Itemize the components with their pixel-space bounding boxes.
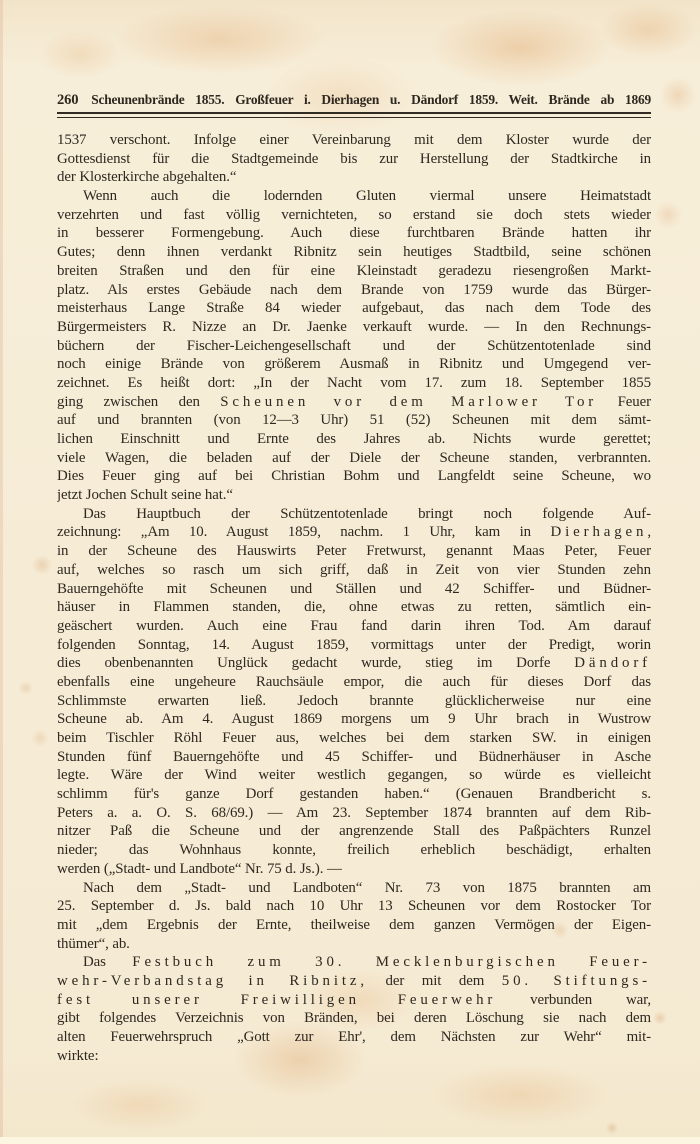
text-line: Gutes; denn ihnen verdankt Ribnitz sein … — [57, 243, 651, 262]
letterspaced-text: Festbuch zum 30. Mecklenburgischen Feuer… — [132, 954, 651, 970]
running-header-title: Scheunenbrände 1855. Großfeuer i. Dierha… — [91, 92, 651, 108]
text-line: breiten Straßen und den für eine Kleinst… — [57, 262, 651, 281]
page-body: 1537 verschont. Infolge einer Vereinbaru… — [57, 131, 651, 1065]
text-line: jetzt Jochen Schult seine hat.“ — [57, 486, 651, 505]
paragraph: Nach dem „Stadt- und Landboten“ Nr. 73 v… — [57, 879, 651, 954]
text-segment: Stunden fünf Bauerngehöfte und 45 Schiff… — [57, 749, 651, 765]
text-segment: der Klosterkirche abgehalten.“ — [57, 169, 236, 185]
text-segment: in besserer Formengebung. Auch diese fur… — [57, 225, 651, 241]
page-content: 260 Scheunenbrände 1855. Großfeuer i. Di… — [57, 92, 651, 1065]
text-line: mit „dem Ergebnis der Ernte, theilweise … — [57, 916, 651, 935]
text-segment: Scheune ab. Am 4. August 1869 morgens um… — [57, 711, 651, 727]
text-line: häuser in Flammen standen, die, ohne etw… — [57, 598, 651, 617]
text-line: meisterhaus Lange Straße 84 wieder aufge… — [57, 299, 651, 318]
text-segment: Bauerngehöfte mit Scheunen und Ställen u… — [57, 581, 651, 597]
text-segment: auf und brannten (von 12—3 Uhr) 51 (52) … — [57, 412, 651, 428]
header-double-rule — [57, 112, 651, 118]
text-segment: Gutes; denn ihnen verdankt Ribnitz sein … — [57, 244, 651, 260]
text-line: auf und brannten (von 12—3 Uhr) 51 (52) … — [57, 411, 651, 430]
text-segment: breiten Straßen und den für eine Kleinst… — [57, 263, 651, 279]
text-segment: gibt folgendes Verzeichnis von Bränden, … — [57, 1010, 651, 1026]
text-segment: Schlimmste erwarten ließ. Jedoch brannte… — [57, 693, 651, 709]
text-segment: der mit dem — [368, 973, 502, 989]
text-segment: büchern der Fischer-Leichengesellschaft … — [57, 338, 651, 354]
text-segment: nitzer Paß die Scheune und der angrenzen… — [57, 823, 651, 839]
text-segment: noch einige Brände von größerem Ausmaß i… — [57, 356, 651, 372]
text-line: nieder; das Wohnhaus konnte, freilich er… — [57, 841, 651, 860]
text-segment: Das — [83, 954, 132, 970]
text-segment: schlimm für's ganze Dorf gestanden haben… — [57, 786, 651, 802]
text-segment: geäschert wurden. Auch eine Frau fand da… — [57, 618, 651, 634]
text-segment: Bürgermeisters R. Nizze an Dr. Jaenke ve… — [57, 319, 651, 335]
text-line: Schlimmste erwarten ließ. Jedoch brannte… — [57, 692, 651, 711]
text-segment: thümer“, ab. — [57, 936, 130, 952]
text-line: auf, welches so rasch um sich griff, daß… — [57, 561, 651, 580]
text-segment: Feuer — [597, 394, 651, 410]
text-segment: lichen Einschnitt und Ernte des Jahres a… — [57, 431, 651, 447]
text-segment: Peters a. a. O. S. 68/69.) — Am 23. Sept… — [57, 805, 651, 821]
letterspaced-text: Scheunen vor dem Marlower Tor — [220, 394, 597, 410]
text-line: Gottesdienst für die Stadtgemeinde bis z… — [57, 150, 651, 169]
text-segment: häuser in Flammen standen, die, ohne etw… — [57, 599, 651, 615]
text-line: 25. September d. Js. bald nach 10 Uhr 13… — [57, 897, 651, 916]
text-line: thümer“, ab. — [57, 935, 651, 954]
text-segment: 25. September d. Js. bald nach 10 Uhr 13… — [57, 898, 651, 914]
running-header: 260 Scheunenbrände 1855. Großfeuer i. Di… — [57, 92, 651, 109]
text-line: geäschert wurden. Auch eine Frau fand da… — [57, 617, 651, 636]
letterspaced-text: Dändorf — [574, 655, 651, 671]
text-line: lichen Einschnitt und Ernte des Jahres a… — [57, 430, 651, 449]
text-line: alten Feuerwehrspruch „Gott zur Ehr', de… — [57, 1028, 651, 1047]
text-line: verzehrten und fast völlig vernichteten,… — [57, 206, 651, 225]
paragraph: 1537 verschont. Infolge einer Vereinbaru… — [57, 131, 651, 187]
text-line: Bürgermeisters R. Nizze an Dr. Jaenke ve… — [57, 318, 651, 337]
text-segment: legte. Wäre der Wind weiter westlich geg… — [57, 767, 651, 783]
letterspaced-text: wehr-Verbandstag in Ribnitz, — [57, 973, 368, 989]
text-segment: in der Scheune des Hauswirts Peter Fretw… — [57, 543, 651, 559]
text-segment: folgenden Sonntag, 14. August 1859, vorm… — [57, 637, 651, 653]
text-segment: platz. Als erstes Gebäude nach dem Brand… — [57, 282, 651, 298]
text-segment: werden („Stadt- und Landbote“ Nr. 75 d. … — [57, 861, 342, 877]
text-line: ging zwischen den Scheunen vor dem Marlo… — [57, 393, 651, 412]
text-segment: Gottesdienst für die Stadtgemeinde bis z… — [57, 151, 651, 167]
text-line: fest unserer Freiwilligen Feuerwehr verb… — [57, 991, 651, 1010]
letterspaced-text: Dierhagen — [550, 524, 647, 540]
text-segment: wirkte: — [57, 1048, 98, 1064]
text-line: büchern der Fischer-Leichengesellschaft … — [57, 337, 651, 356]
letterspaced-text: 50. Stiftungs- — [502, 973, 651, 989]
text-segment: , — [647, 524, 651, 540]
text-line: Stunden fünf Bauerngehöfte und 45 Schiff… — [57, 748, 651, 767]
text-segment: 1537 verschont. Infolge einer Vereinbaru… — [57, 132, 651, 148]
text-line: der Klosterkirche abgehalten.“ — [57, 168, 651, 187]
text-line: Peters a. a. O. S. 68/69.) — Am 23. Sept… — [57, 804, 651, 823]
text-line: legte. Wäre der Wind weiter westlich geg… — [57, 766, 651, 785]
text-line: Scheune ab. Am 4. August 1869 morgens um… — [57, 710, 651, 729]
text-line: ebenfalls eine ungeheure Rauchsäule empo… — [57, 673, 651, 692]
text-line: Dies Feuer ging auf bei Christian Bohm u… — [57, 467, 651, 486]
text-line: werden („Stadt- und Landbote“ Nr. 75 d. … — [57, 860, 651, 879]
text-line: Das Hauptbuch der Schützentotenlade brin… — [57, 505, 651, 524]
text-segment: Nach dem „Stadt- und Landboten“ Nr. 73 v… — [83, 880, 651, 896]
text-segment: jetzt Jochen Schult seine hat.“ — [57, 487, 233, 503]
text-segment: nieder; das Wohnhaus konnte, freilich er… — [57, 842, 651, 858]
text-segment: ging zwischen den — [57, 394, 220, 410]
text-segment: viele Wagen, die beladen auf der Diele d… — [57, 450, 651, 466]
text-segment: zeichnung: „Am 10. August 1859, nachm. 1… — [57, 524, 550, 540]
text-segment: dies obenbenannten Unglück gedacht wurde… — [57, 655, 574, 671]
letterspaced-text: fest unserer Freiwilligen Feuerwehr — [57, 992, 496, 1008]
text-segment: Dies Feuer ging auf bei Christian Bohm u… — [57, 468, 651, 484]
text-segment: mit „dem Ergebnis der Ernte, theilweise … — [57, 917, 651, 933]
text-line: zeichnet. Es heißt dort: „In der Nacht v… — [57, 374, 651, 393]
page-left-edge — [0, 0, 3, 1144]
page-bottom-edge — [0, 1137, 700, 1144]
text-line: Bauerngehöfte mit Scheunen und Ställen u… — [57, 580, 651, 599]
text-segment: Wenn auch die lodernden Gluten viermal u… — [83, 188, 651, 204]
text-line: folgenden Sonntag, 14. August 1859, vorm… — [57, 636, 651, 655]
text-line: Nach dem „Stadt- und Landboten“ Nr. 73 v… — [57, 879, 651, 898]
text-line: gibt folgendes Verzeichnis von Bränden, … — [57, 1009, 651, 1028]
text-segment: Das Hauptbuch der Schützentotenlade brin… — [83, 506, 651, 522]
text-segment: auf, welches so rasch um sich griff, daß… — [57, 562, 651, 578]
text-segment: verbunden war, — [496, 992, 651, 1008]
text-line: wirkte: — [57, 1047, 651, 1066]
text-line: wehr-Verbandstag in Ribnitz, der mit dem… — [57, 972, 651, 991]
text-line: nitzer Paß die Scheune und der angrenzen… — [57, 822, 651, 841]
text-line: Das Festbuch zum 30. Mecklenburgischen F… — [57, 953, 651, 972]
text-segment: ebenfalls eine ungeheure Rauchsäule empo… — [57, 674, 651, 690]
text-line: dies obenbenannten Unglück gedacht wurde… — [57, 654, 651, 673]
text-segment: zeichnet. Es heißt dort: „In der Nacht v… — [57, 375, 651, 391]
text-line: in der Scheune des Hauswirts Peter Fretw… — [57, 542, 651, 561]
paragraph: Wenn auch die lodernden Gluten viermal u… — [57, 187, 651, 505]
text-segment: alten Feuerwehrspruch „Gott zur Ehr', de… — [57, 1029, 651, 1045]
text-line: 1537 verschont. Infolge einer Vereinbaru… — [57, 131, 651, 150]
paragraph: Das Festbuch zum 30. Mecklenburgischen F… — [57, 953, 651, 1065]
paragraph: Das Hauptbuch der Schützentotenlade brin… — [57, 505, 651, 879]
text-line: beim Tischler Röhl Feuer aus, welches be… — [57, 729, 651, 748]
page-number: 260 — [57, 92, 78, 109]
text-line: Wenn auch die lodernden Gluten viermal u… — [57, 187, 651, 206]
text-line: in besserer Formengebung. Auch diese fur… — [57, 224, 651, 243]
text-segment: verzehrten und fast völlig vernichteten,… — [57, 207, 651, 223]
text-line: noch einige Brände von größerem Ausmaß i… — [57, 355, 651, 374]
text-line: platz. Als erstes Gebäude nach dem Brand… — [57, 281, 651, 300]
text-segment: meisterhaus Lange Straße 84 wieder aufge… — [57, 300, 651, 316]
text-line: schlimm für's ganze Dorf gestanden haben… — [57, 785, 651, 804]
text-segment: beim Tischler Röhl Feuer aus, welches be… — [57, 730, 651, 746]
text-line: zeichnung: „Am 10. August 1859, nachm. 1… — [57, 523, 651, 542]
book-page: 260 Scheunenbrände 1855. Großfeuer i. Di… — [0, 0, 700, 1144]
text-line: viele Wagen, die beladen auf der Diele d… — [57, 449, 651, 468]
